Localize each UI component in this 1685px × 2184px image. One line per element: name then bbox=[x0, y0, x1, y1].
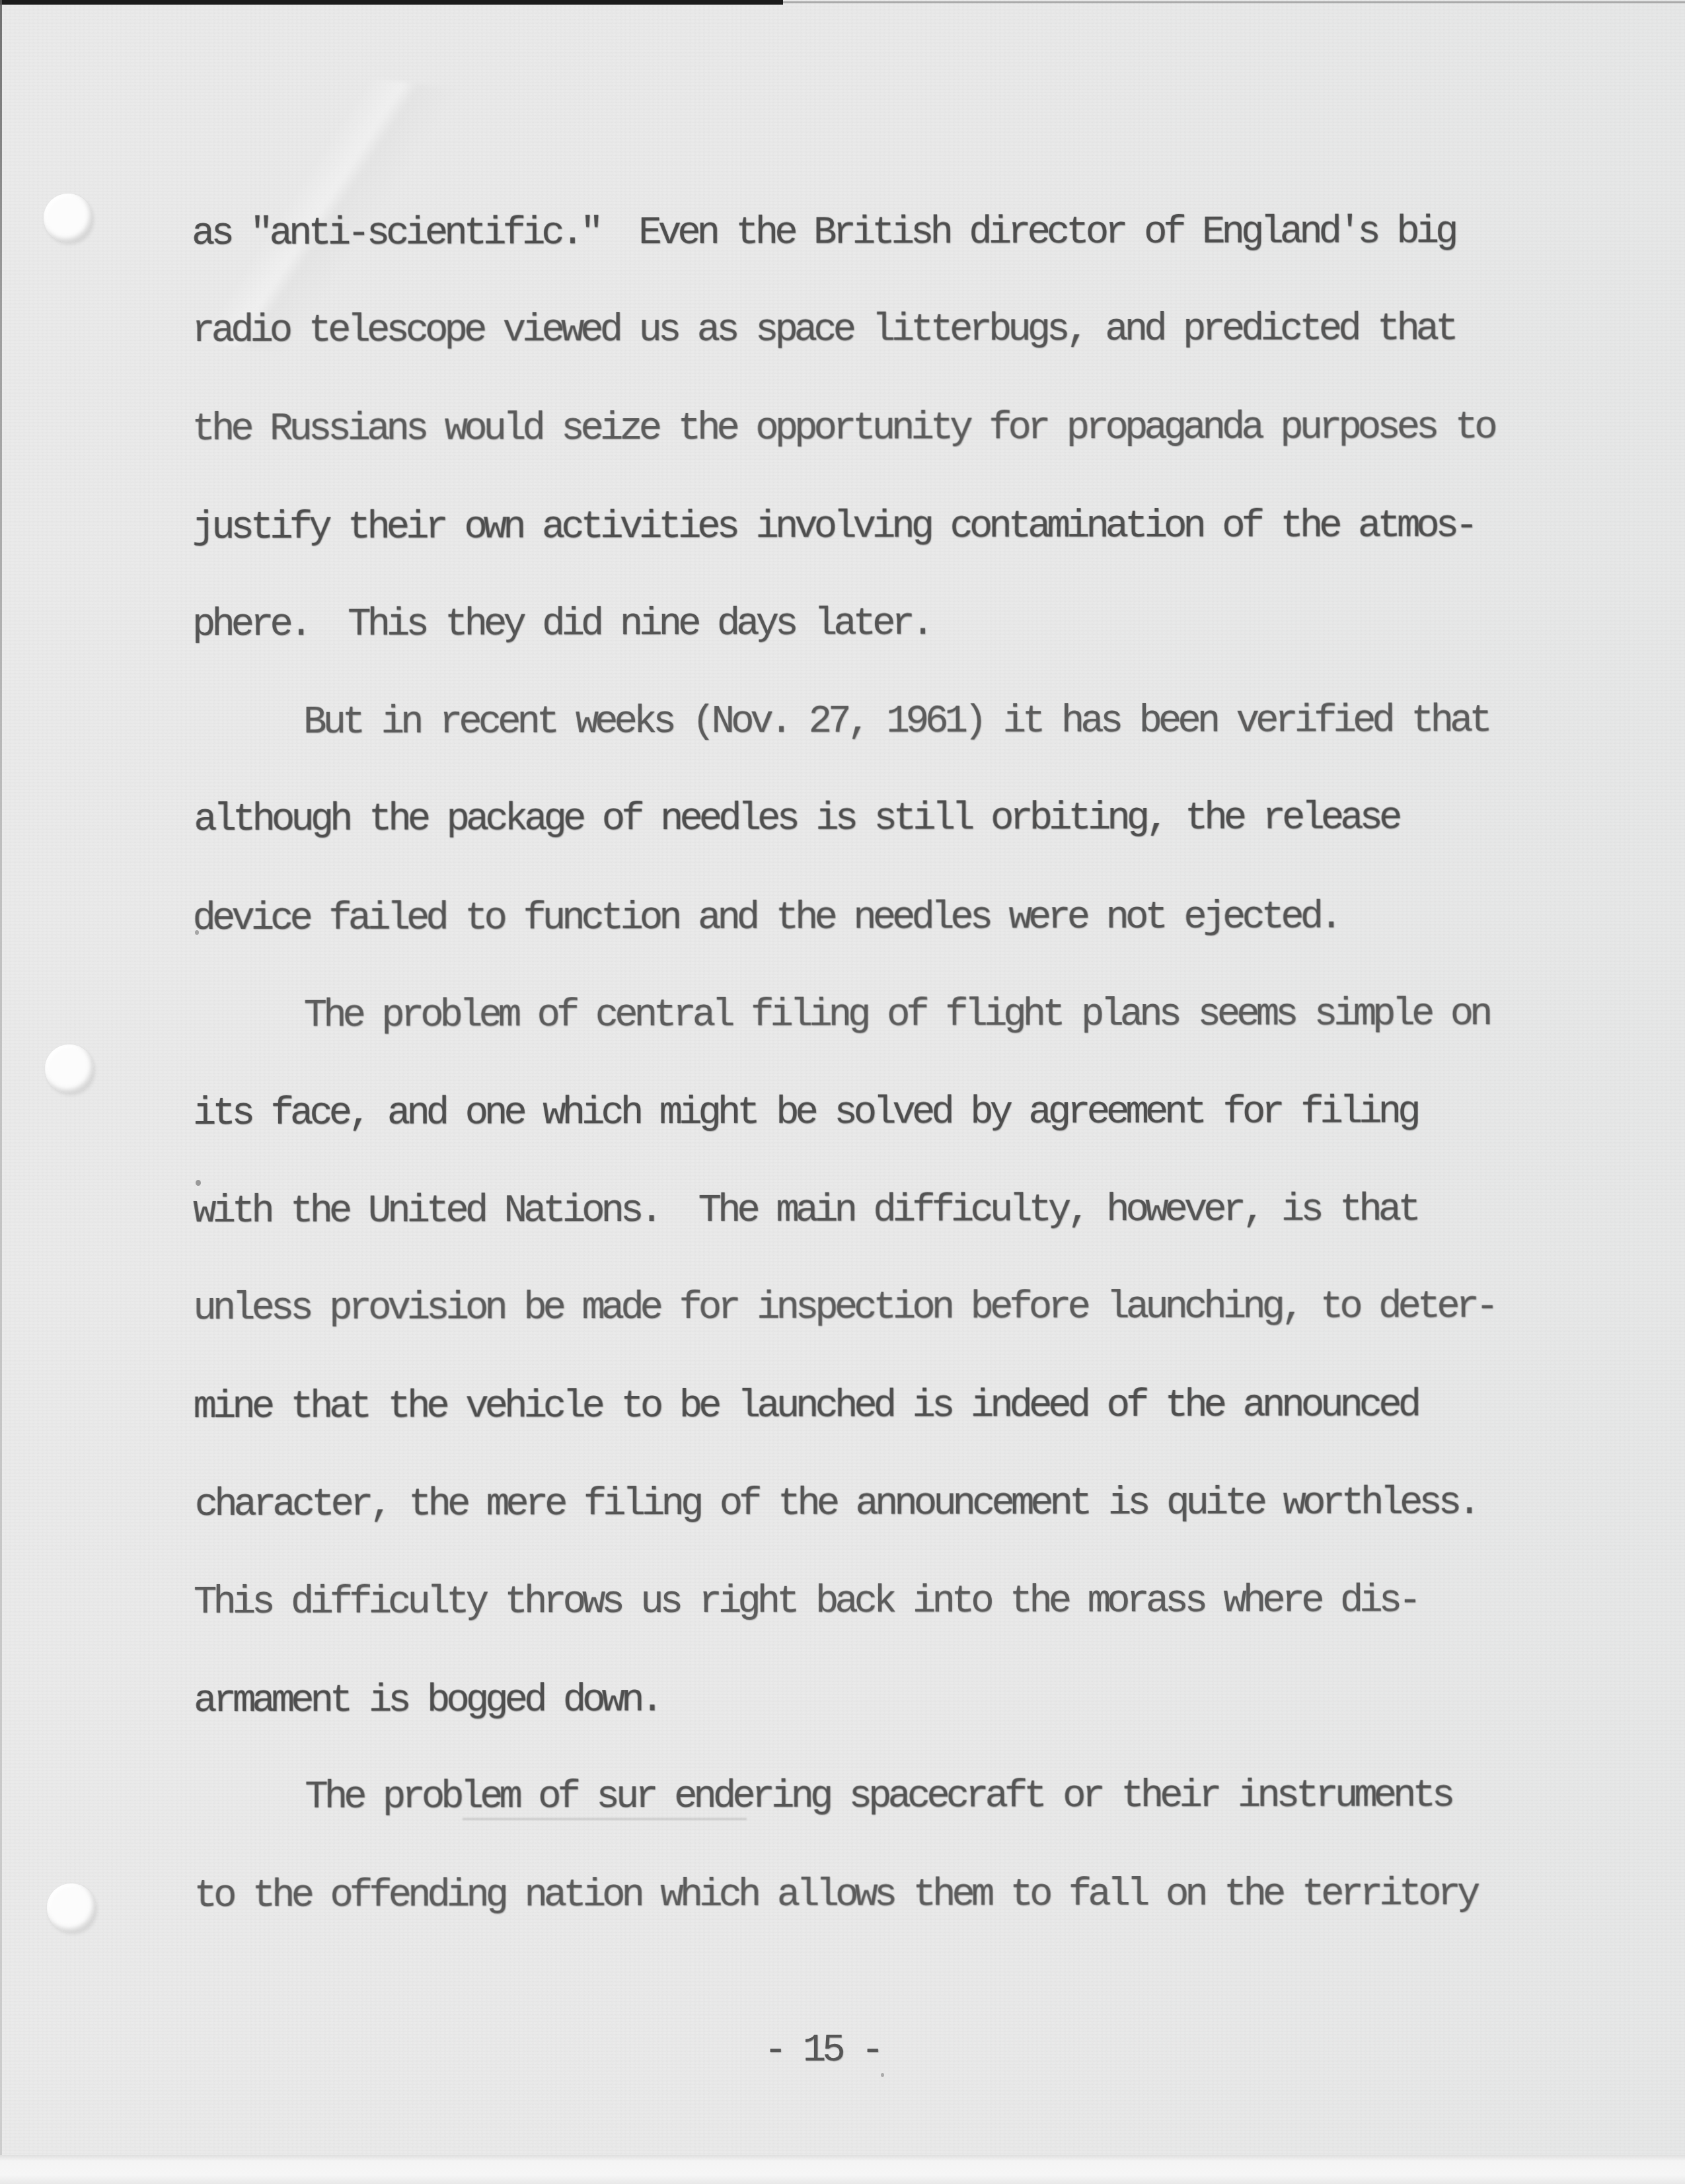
text-line: the Russians would seize the opportunity… bbox=[192, 379, 1546, 478]
text-line: its face, and one which might be solved … bbox=[193, 1063, 1548, 1163]
text-line: The problem of sur endering spacecraft o… bbox=[194, 1747, 1548, 1846]
document-text: as "anti-scientific." Even the British d… bbox=[192, 183, 1549, 1945]
text-line: character, the mere filing of the announ… bbox=[195, 1454, 1548, 1554]
text-line: unless provision be made for inspection … bbox=[193, 1258, 1548, 1358]
text-line: device failed to function and the needle… bbox=[192, 868, 1547, 968]
typewriter-strike-smudge bbox=[463, 1818, 747, 1820]
text-line: radio telescope viewed us as space litte… bbox=[192, 280, 1546, 380]
punch-hole-middle bbox=[45, 1044, 94, 1093]
text-line: although the package of needles is still… bbox=[194, 769, 1547, 869]
ink-speck bbox=[881, 2073, 884, 2077]
text-line: justify their own activities involving c… bbox=[192, 477, 1547, 577]
text-line: The problem of central filing of flight … bbox=[193, 965, 1548, 1065]
ink-speck bbox=[195, 930, 199, 935]
text-line: phere. This they did nine days later. bbox=[192, 574, 1547, 674]
text-line: to the offending nation which allows the… bbox=[194, 1845, 1549, 1945]
text-line: as "anti-scientific." Even the British d… bbox=[192, 183, 1546, 283]
page-number: - 15 - bbox=[764, 2024, 880, 2077]
text-line: This difficulty throws us right back int… bbox=[194, 1552, 1548, 1652]
scanned-page: as "anti-scientific." Even the British d… bbox=[0, 0, 1685, 2184]
ink-speck bbox=[196, 1180, 201, 1186]
scan-edge-top bbox=[0, 0, 783, 5]
punch-hole-top bbox=[44, 194, 93, 242]
punch-hole-bottom bbox=[47, 1883, 96, 1932]
text-line: mine that the vehicle to be launched is … bbox=[193, 1356, 1548, 1456]
text-line: But in recent weeks (Nov. 27, 1961) it h… bbox=[192, 672, 1547, 772]
text-line: armament is bogged down. bbox=[194, 1650, 1548, 1750]
scan-edge-top-faint bbox=[783, 1, 1685, 3]
text-line: with the United Nations. The main diffic… bbox=[193, 1161, 1548, 1260]
scan-strip-bottom bbox=[0, 2155, 1685, 2184]
scan-edge-left bbox=[0, 0, 2, 2184]
